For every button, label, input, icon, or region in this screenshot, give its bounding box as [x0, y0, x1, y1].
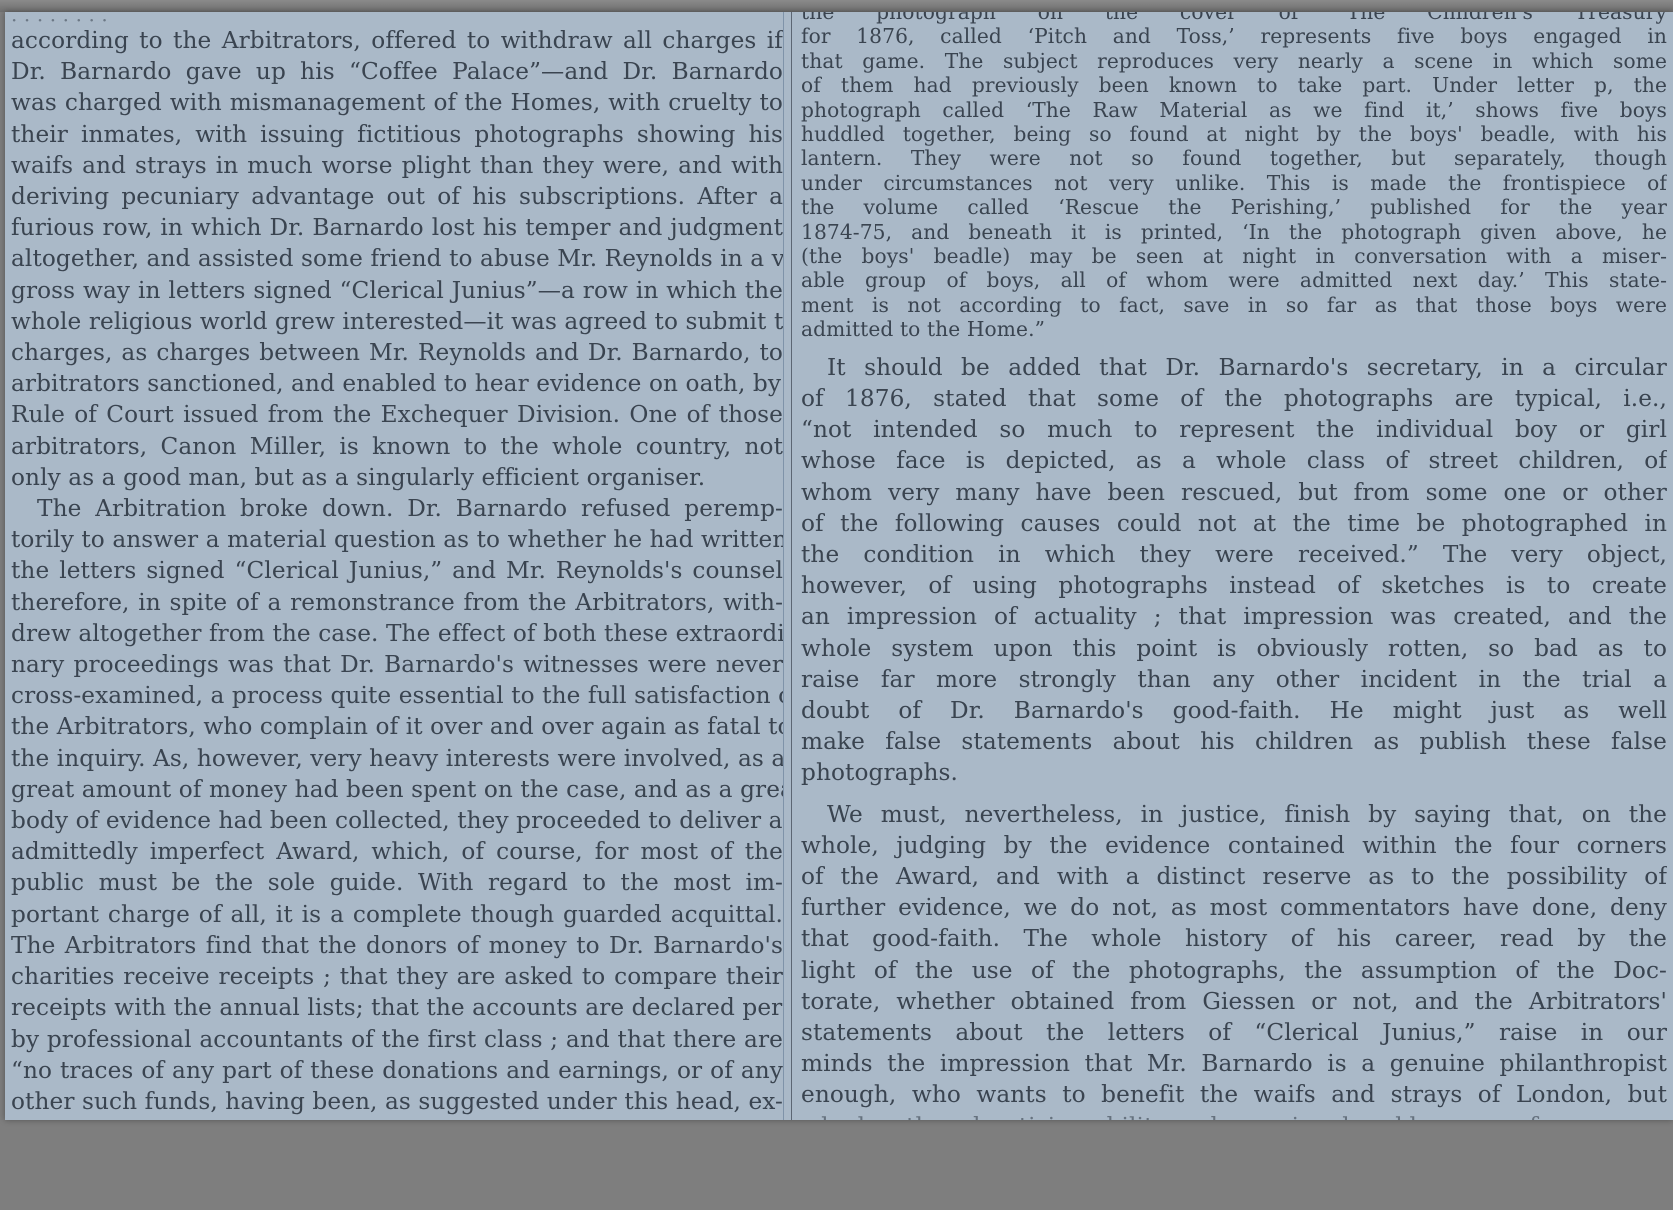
text-line: It should be added that Dr. Barnardo's s…	[801, 352, 1667, 383]
text-line: the inquiry. As, however, very heavy int…	[11, 743, 783, 774]
document-viewer: · · · · · · · · according to the Arbitra…	[0, 0, 1673, 1210]
text-line: by professional accountants of the first…	[11, 1024, 783, 1055]
text-line: of them had previously been known to tak…	[801, 73, 1667, 97]
text-line: The Arbitration broke down. Dr. Barnardo…	[11, 493, 783, 524]
text-line: We must, nevertheless, in justice, finis…	[801, 799, 1667, 830]
text-line: able group of boys, all of whom were adm…	[801, 268, 1667, 292]
text-line: statements about the letters of “Clerica…	[801, 1017, 1667, 1048]
text-line: (the boys' beadle) may be seen at night …	[801, 244, 1667, 268]
text-line: whole system upon this point is obviousl…	[801, 633, 1667, 664]
text-line: admitted to the Home.”	[801, 317, 1667, 341]
text-line: charities receive receipts ; that they a…	[11, 961, 783, 992]
text-line: drew altogether from the case. The effec…	[11, 618, 783, 649]
text-line: the photograph on the cover of ‘The Chil…	[801, 12, 1667, 24]
viewer-top-edge	[0, 0, 1673, 12]
text-line: “no traces of any part of these donation…	[11, 1055, 783, 1086]
text-line: raise far more strongly than any other i…	[801, 664, 1667, 695]
text-line: torily to answer a material question as …	[11, 524, 783, 555]
right-paragraph-2: We must, nevertheless, in justice, finis…	[801, 799, 1667, 1111]
text-line: public must be the sole guide. With rega…	[11, 867, 783, 898]
left-column-cut-off-bottom-line: · · · · · · · house and in house · · ·	[11, 1117, 783, 1120]
right-column: the photograph on the cover of ‘The Chil…	[801, 12, 1667, 1120]
text-line: doubt of Dr. Barnardo's good-faith. He m…	[801, 695, 1667, 726]
text-line: light of the use of the photographs, the…	[801, 955, 1667, 986]
text-line: “not intended so much to represent the i…	[801, 414, 1667, 445]
text-line: cross-examined, a process quite essentia…	[11, 680, 783, 711]
text-line: their inmates, with issuing fictitious p…	[11, 119, 783, 150]
scanned-page: · · · · · · · · according to the Arbitra…	[5, 12, 1673, 1120]
left-paragraph-1: according to the Arbitrators, offered to…	[11, 25, 783, 493]
text-line: of 1876, stated that some of the photogr…	[801, 383, 1667, 414]
text-line: photographs.	[801, 757, 1667, 788]
text-line: gross way in letters signed “Clerical Ju…	[11, 275, 783, 306]
text-line: huddled together, being so found at nigh…	[801, 122, 1667, 146]
text-line: nary proceedings was that Dr. Barnardo's…	[11, 649, 783, 680]
text-line: further evidence, we do not, as most com…	[801, 892, 1667, 923]
right-column-cut-off-bottom-line: who has the advertising ability and occa…	[801, 1111, 1667, 1120]
text-line: that good-faith. The whole history of hi…	[801, 923, 1667, 954]
text-line: whole religious world grew interested—it…	[11, 306, 783, 337]
text-line: furious row, in which Dr. Barnardo lost …	[11, 212, 783, 243]
quoted-passage: the photograph on the cover of ‘The Chil…	[801, 12, 1667, 342]
text-line: therefore, in spite of a remonstrance fr…	[11, 587, 783, 618]
text-line: ment is not according to fact, save in s…	[801, 293, 1667, 317]
text-line: The Arbitrators find that the donors of …	[11, 930, 783, 961]
text-line: arbitrators, Canon Miller, is known to t…	[11, 431, 783, 462]
left-column-cut-off-top-line: · · · · · · · ·	[11, 15, 783, 25]
text-line: according to the Arbitrators, offered to…	[11, 25, 783, 56]
left-paragraph-2: The Arbitration broke down. Dr. Barnardo…	[11, 493, 783, 1117]
text-line: however, of using photographs instead of…	[801, 570, 1667, 601]
text-line: torate, whether obtained from Giessen or…	[801, 986, 1667, 1017]
text-line: for 1876, called ‘Pitch and Toss,’ repre…	[801, 24, 1667, 48]
text-line: the volume called ‘Rescue the Perishing,…	[801, 195, 1667, 219]
text-line: that game. The subject reproduces very n…	[801, 49, 1667, 73]
text-line: the condition in which they were receive…	[801, 539, 1667, 570]
text-line: the letters signed “Clerical Junius,” an…	[11, 555, 783, 586]
column-divider-thin	[783, 12, 784, 1120]
text-line: Rule of Court issued from the Exchequer …	[11, 399, 783, 430]
text-line: under circumstances not very unlike. Thi…	[801, 171, 1667, 195]
text-line: whom very many have been rescued, but fr…	[801, 477, 1667, 508]
text-line: of the Award, and with a distinct reserv…	[801, 861, 1667, 892]
text-line: minds the impression that Mr. Barnardo i…	[801, 1048, 1667, 1079]
text-line: whose face is depicted, as a whole class…	[801, 445, 1667, 476]
text-line: only as a good man, but as a singularly …	[11, 462, 783, 493]
paragraph-spacing	[801, 789, 1667, 799]
text-line: whole, judging by the evidence contained…	[801, 830, 1667, 861]
left-column: · · · · · · · · according to the Arbitra…	[11, 15, 783, 1120]
text-line: waifs and strays in much worse plight th…	[11, 150, 783, 181]
text-line: other such funds, having been, as sugges…	[11, 1086, 783, 1117]
text-line: enough, who wants to benefit the waifs a…	[801, 1079, 1667, 1110]
text-line: deriving pecuniary advantage out of his …	[11, 181, 783, 212]
paragraph-spacing	[801, 342, 1667, 352]
text-line: charges, as charges between Mr. Reynolds…	[11, 337, 783, 368]
text-line: receipts with the annual lists; that the…	[11, 992, 783, 1023]
text-line: great amount of money had been spent on …	[11, 774, 783, 805]
text-line: altogether, and assisted some friend to …	[11, 243, 783, 274]
text-line: make false statements about his children…	[801, 726, 1667, 757]
text-line: lantern. They were not so found together…	[801, 146, 1667, 170]
text-line: arbitrators sanctioned, and enabled to h…	[11, 368, 783, 399]
text-line: 1874-75, and beneath it is printed, ‘In …	[801, 220, 1667, 244]
text-line: photograph called ‘The Raw Material as w…	[801, 98, 1667, 122]
text-line: was charged with mismanagement of the Ho…	[11, 87, 783, 118]
text-line: of the following causes could not at the…	[801, 508, 1667, 539]
text-line: admittedly imperfect Award, which, of co…	[11, 836, 783, 867]
text-line: Dr. Barnardo gave up his “Coffee Palace”…	[11, 56, 783, 87]
text-line: portant charge of all, it is a complete …	[11, 899, 783, 930]
text-line: an impression of actuality ; that impres…	[801, 601, 1667, 632]
text-line: body of evidence had been collected, the…	[11, 805, 783, 836]
right-paragraph-1: It should be added that Dr. Barnardo's s…	[801, 352, 1667, 789]
column-divider	[791, 12, 792, 1120]
text-line: the Arbitrators, who complain of it over…	[11, 711, 783, 742]
